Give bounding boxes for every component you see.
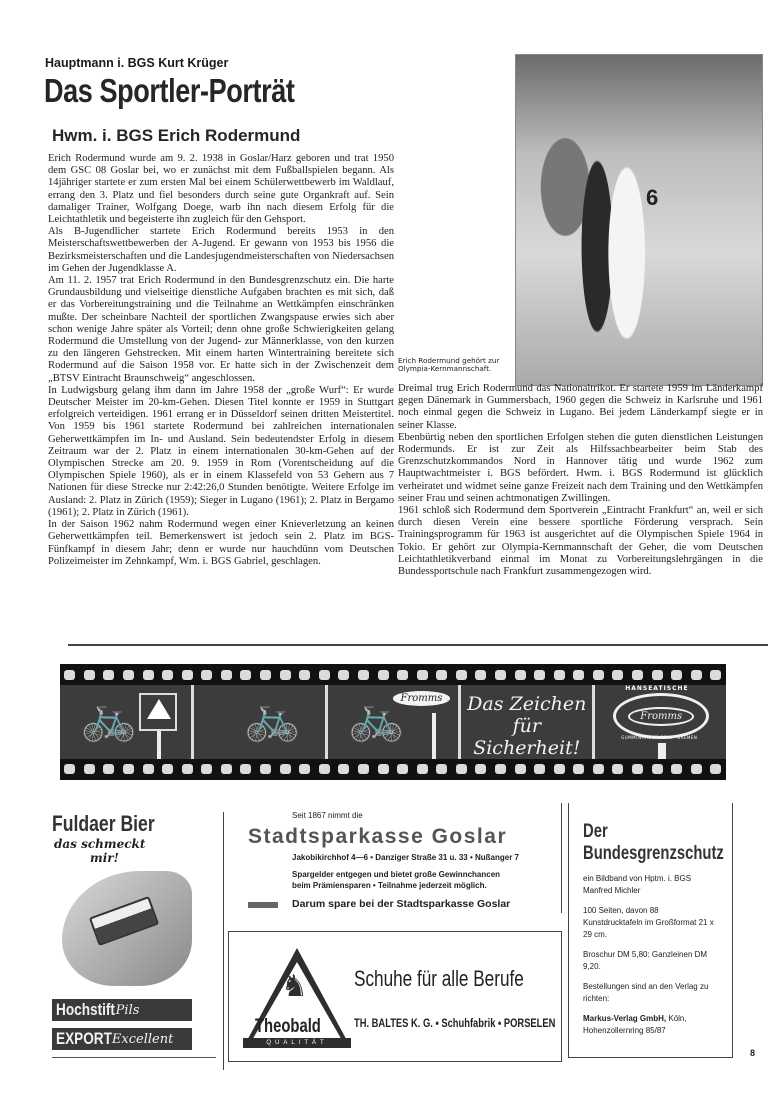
bank-name: Stadtsparkasse Goslar xyxy=(248,825,507,849)
photo-caption: Erich Rodermund gehört zur Olympia-Kernm… xyxy=(398,357,508,373)
book-pages: 100 Seiten, davon 88 Kunstdrucktafeln im… xyxy=(583,905,720,941)
paragraph: Erich Rodermund wurde am 9. 2. 1938 in G… xyxy=(48,153,394,226)
beer-tagline: das schmeckt xyxy=(54,837,188,851)
slogan-bar-icon xyxy=(248,902,278,908)
quality-band: QUALITÄT xyxy=(243,1038,351,1048)
knight-figure-icon: ♞ xyxy=(281,972,308,1002)
sign-pole xyxy=(658,743,666,759)
film-frame-2: 🚲 xyxy=(194,685,325,759)
book-price: Broschur DM 5,80: Ganzleinen DM 9,20. xyxy=(583,949,720,973)
paragraph: Dreimal trug Erich Rodermund das Nationa… xyxy=(398,383,763,432)
sprocket-holes-top xyxy=(60,668,726,682)
slogan: Das Zeichen für Sicherheit! xyxy=(461,693,592,759)
bib-number: 6 xyxy=(646,185,658,211)
book-orders: Bestellungen sind an den Verlag zu richt… xyxy=(583,981,720,1005)
beer-ad: Fuldaer Bier das schmeckt mir! Hochstift… xyxy=(52,811,188,1057)
bank-ad: Seit 1867 nimmt die Stadtsparkasse Gosla… xyxy=(226,803,562,913)
sign-pole xyxy=(157,731,161,759)
book-description: ein Bildband von Hptm. i. BGS Manfred Mi… xyxy=(583,873,720,897)
theobald-logo: Theobald xyxy=(255,1016,321,1038)
book-title-line1: Der xyxy=(583,821,690,843)
article-right-column: Dreimal trug Erich Rodermund das Nationa… xyxy=(398,383,763,578)
film-frame-1: 🚲 xyxy=(60,685,191,759)
triangle-icon xyxy=(147,699,171,719)
page-number: 8 xyxy=(750,1048,755,1058)
bank-slogan: Darum spare bei der Stadtsparkasse Gosla… xyxy=(292,898,510,910)
sign-pole xyxy=(432,713,436,759)
bank-offer: Spargelder entgegen und bietet große Gew… xyxy=(292,869,500,891)
paragraph: 1961 schloß sich Rodermund dem Sportvere… xyxy=(398,505,763,578)
seal-top-text: HANSEATISCHE xyxy=(625,685,688,692)
paragraph: In der Saison 1962 nahm Rodermund wegen … xyxy=(48,519,394,568)
film-frame-5: HANSEATISCHE Fromms GUMMIWARENFABRIK · B… xyxy=(595,685,726,759)
cyclist-icon: 🚲 xyxy=(80,695,137,741)
shoe-headline: Schuhe für alle Berufe xyxy=(354,966,524,992)
fromms-seal-logo: Fromms xyxy=(613,693,709,739)
hochstift-pils-bar: Hochstift Pils xyxy=(52,999,192,1021)
section-divider xyxy=(68,644,768,646)
shoe-company: TH. BALTES K. G. • Schuhfabrik • PORSELE… xyxy=(354,1016,555,1030)
cyclist-icon: 🚲 xyxy=(244,695,301,741)
seal-bottom-text: GUMMIWARENFABRIK · BREMEN xyxy=(621,735,697,740)
bank-since: Seit 1867 nimmt die xyxy=(292,811,363,820)
export-excellent-bar: EXPORT Excellent xyxy=(52,1028,192,1050)
author-kicker: Hauptmann i. BGS Kurt Krüger xyxy=(45,56,228,70)
book-title-line2: Bundesgrenzschutz xyxy=(583,843,690,865)
paragraph: Am 11. 2. 1957 trat Erich Rodermund in d… xyxy=(48,275,394,385)
article-subtitle: Hwm. i. BGS Erich Rodermund xyxy=(52,126,300,146)
fromms-sign: Fromms xyxy=(393,691,451,706)
bank-address: Jakobikirchhof 4—6 • Danziger Straße 31 … xyxy=(292,853,519,862)
beer-tagline-2: mir! xyxy=(90,851,188,865)
athlete-photo: 6 xyxy=(515,54,763,386)
beer-brand: Fuldaer Bier xyxy=(52,811,161,837)
paragraph: Ebenbürtig neben den sportlichen Erfolge… xyxy=(398,432,763,505)
film-frame-3: 🚲 Fromms xyxy=(328,685,459,759)
paragraph: In Ludwigsburg gelang ihm dann im Jahre … xyxy=(48,385,394,519)
sprocket-holes-bottom xyxy=(60,762,726,776)
article-left-column: Erich Rodermund wurde am 9. 2. 1938 in G… xyxy=(48,153,394,568)
film-frame-4: Das Zeichen für Sicherheit! xyxy=(461,685,592,759)
paragraph: Als B-Jugendlicher startete Erich Roderm… xyxy=(48,226,394,275)
book-ad: Der Bundesgrenzschutz ein Bildband von H… xyxy=(568,803,733,1058)
book-publisher: Markus-Verlag GmbH, Köln, Hohenzollernri… xyxy=(583,1013,720,1037)
page-title: Das Sportler-Porträt xyxy=(44,72,294,110)
shoe-ad: ♞ Theobald QUALITÄT Schuhe für alle Beru… xyxy=(228,931,562,1062)
film-frames: 🚲 🚲 🚲 Fromms Das Zeichen für Sicherheit!… xyxy=(60,685,726,759)
ad-divider xyxy=(52,1057,216,1058)
ad-column-divider xyxy=(223,812,224,1070)
film-strip-ad: 🚲 🚲 🚲 Fromms Das Zeichen für Sicherheit!… xyxy=(60,664,726,780)
